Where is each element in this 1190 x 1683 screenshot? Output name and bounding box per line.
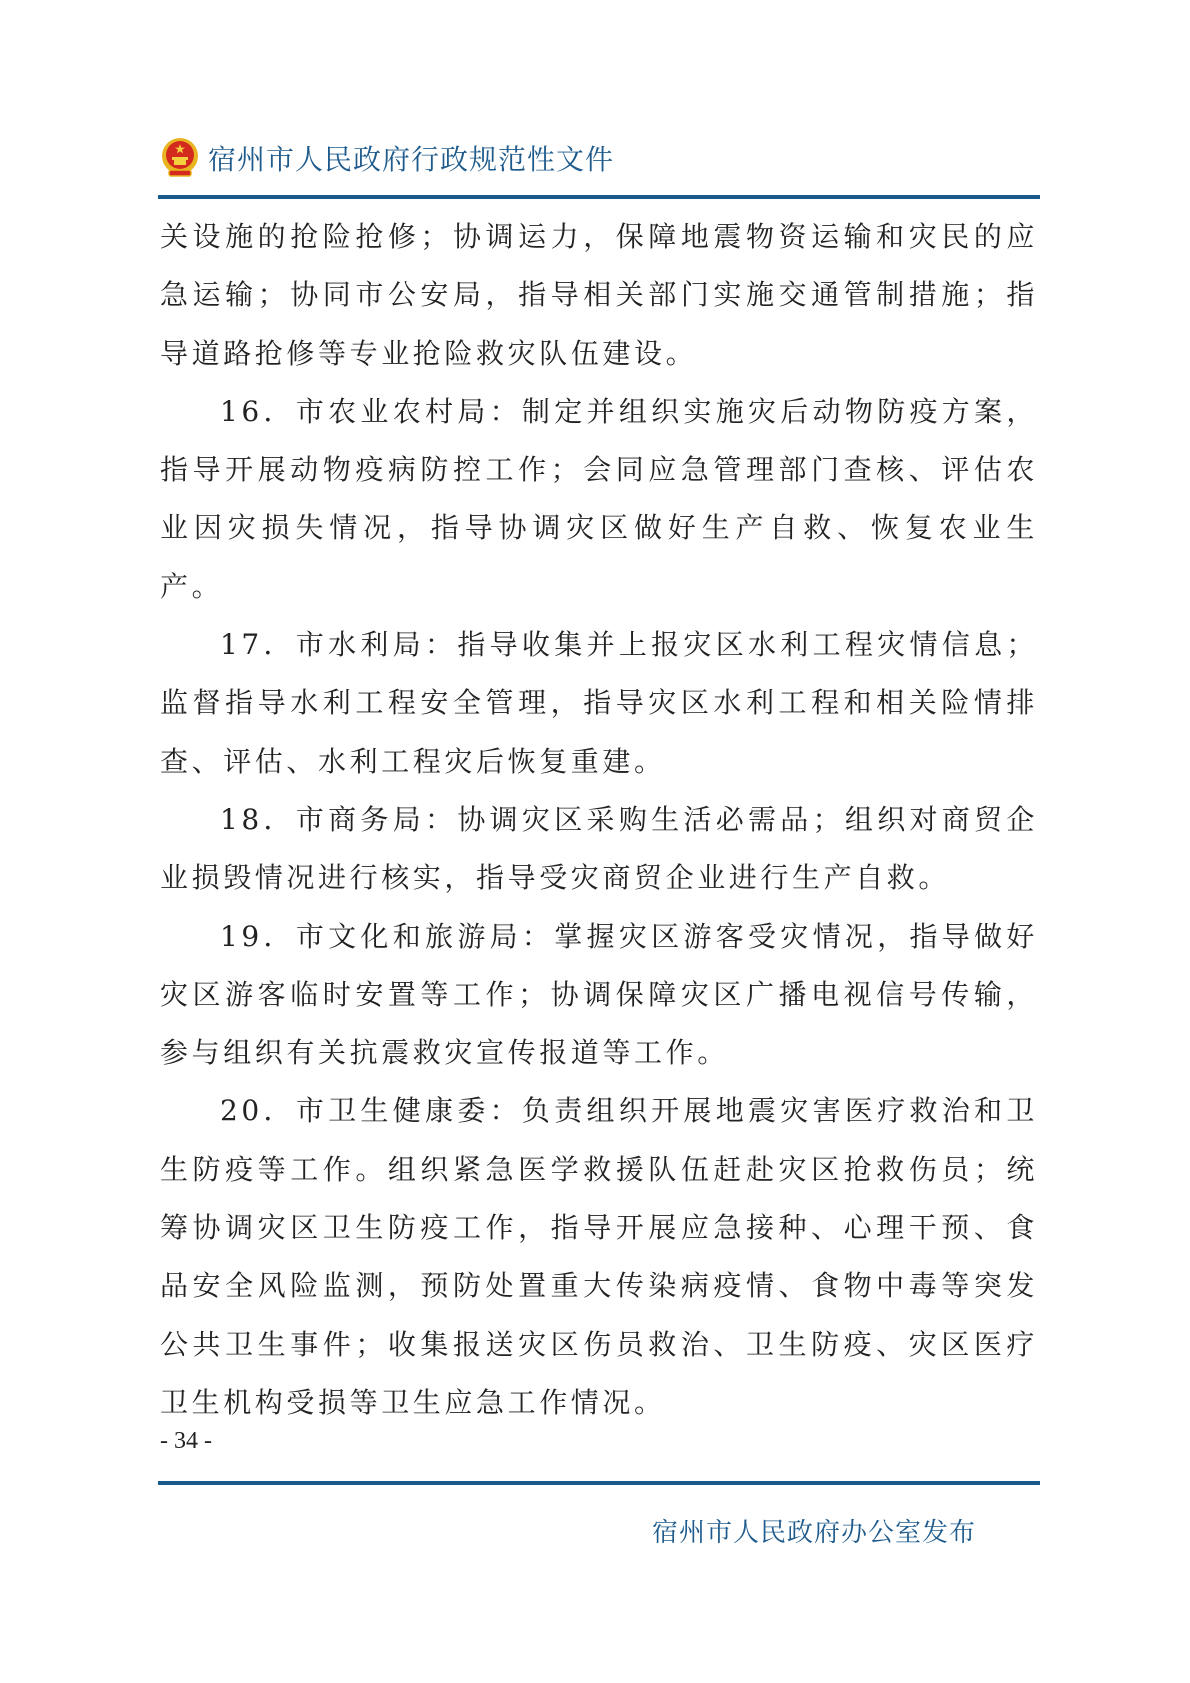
paragraph-item-19: 19．市文化和旅游局：掌握灾区游客受灾情况，指导做好灾区游客临时安置等工作；协调… [160,908,1038,1083]
paragraph-continuation: 关设施的抢险抢修；协调运力，保障地震物资运输和灾民的应急运输；协同市公安局，指导… [160,208,1038,383]
paragraph-item-20: 20．市卫生健康委：负责组织开展地震灾害医疗救治和卫生防疫等工作。组织紧急医学救… [160,1082,1038,1432]
paragraph-item-16: 16．市农业农村局：制定并组织实施灾后动物防疫方案，指导开展动物疫病防控工作；会… [160,383,1038,616]
footer-divider [158,1481,1040,1485]
paragraph-item-17: 17．市水利局：指导收集并上报灾区水利工程灾情信息；监督指导水利工程安全管理，指… [160,616,1038,791]
header-divider [158,195,1040,199]
document-body: 关设施的抢险抢修；协调运力，保障地震物资运输和灾民的应急运输；协同市公安局，指导… [160,208,1038,1432]
national-emblem-icon [160,137,200,179]
header-title: 宿州市人民政府行政规范性文件 [208,138,614,178]
footer-publisher: 宿州市人民政府办公室发布 [652,1512,976,1549]
document-header: 宿州市人民政府行政规范性文件 [160,128,614,188]
page-number: - 34 - [160,1428,212,1455]
paragraph-item-18: 18．市商务局：协调灾区采购生活必需品；组织对商贸企业损毁情况进行核实，指导受灾… [160,791,1038,908]
